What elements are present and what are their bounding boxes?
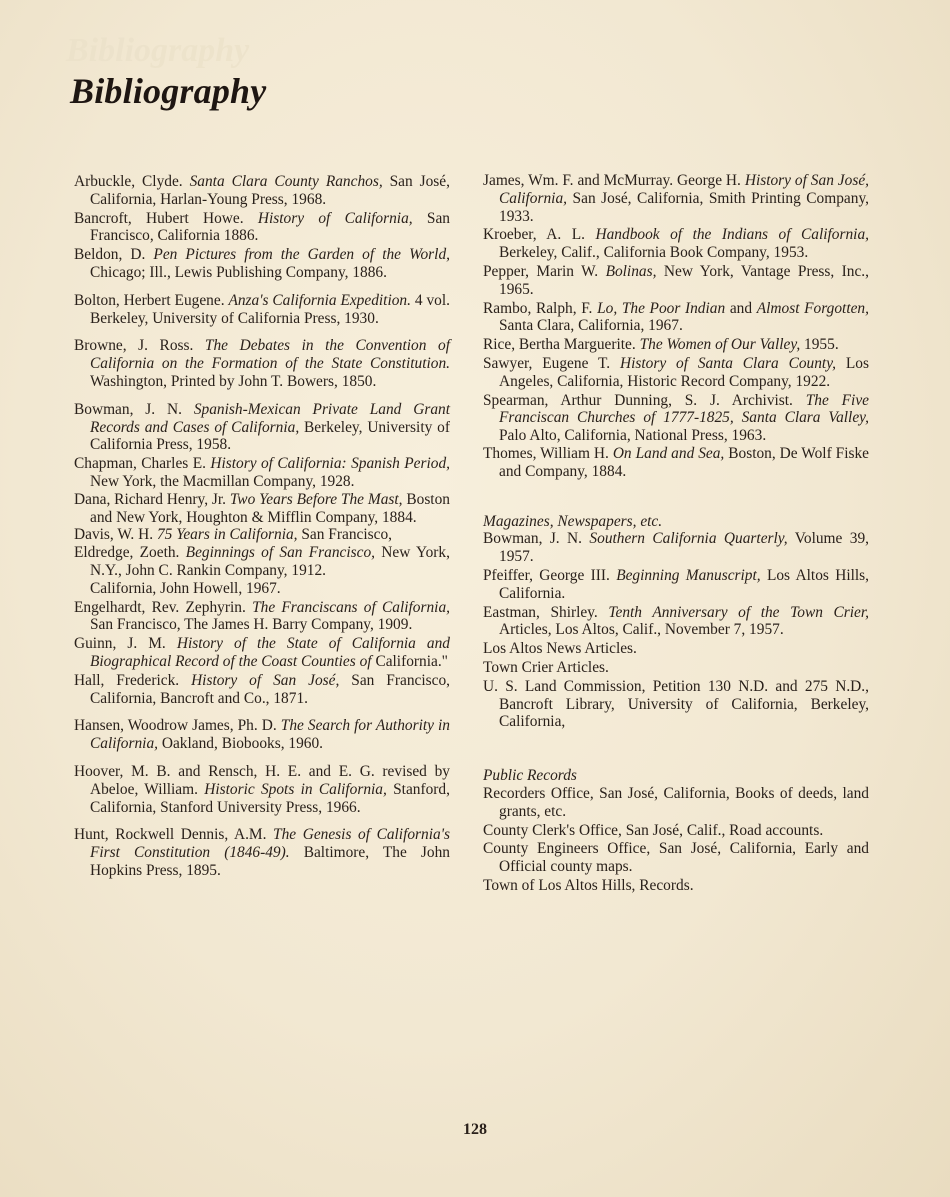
record-entry: County Engineers Office, San José, Calif… bbox=[483, 840, 869, 876]
magazine-entry: Pfeiffer, George III. Beginning Manuscri… bbox=[483, 567, 869, 603]
bib-entry: Rambo, Ralph, F. Lo, The Poor Indian and… bbox=[483, 300, 869, 336]
section-heading-magazines: Magazines, Newspapers, etc. bbox=[483, 513, 869, 531]
magazine-entry: Town Crier Articles. bbox=[483, 659, 869, 677]
left-column: Arbuckle, Clyde. Santa Clara County Ranc… bbox=[74, 173, 450, 880]
record-entry: Recorders Office, San José, California, … bbox=[483, 785, 869, 821]
magazine-entry: U. S. Land Commission, Petition 130 N.D.… bbox=[483, 678, 869, 731]
magazine-entry: Los Altos News Articles. bbox=[483, 640, 869, 658]
page-number: 128 bbox=[0, 1121, 950, 1139]
bib-entry: Dana, Richard Henry, Jr. Two Years Befor… bbox=[74, 491, 450, 527]
bib-entry: Browne, J. Ross. The Debates in the Conv… bbox=[74, 337, 450, 390]
bib-entry: Hoover, M. B. and Rensch, H. E. and E. G… bbox=[74, 763, 450, 816]
bib-entry-fragment: California, John Howell, 1967. bbox=[74, 580, 450, 598]
bib-entry: Guinn, J. M. History of the State of Cal… bbox=[74, 635, 450, 671]
bib-entry: Hansen, Woodrow James, Ph. D. The Search… bbox=[74, 717, 450, 753]
bib-entry: Davis, W. H. 75 Years in California, San… bbox=[74, 526, 450, 544]
magazine-entry: Eastman, Shirley. Tenth Anniversary of t… bbox=[483, 604, 869, 640]
bib-entry: Thomes, William H. On Land and Sea, Bost… bbox=[483, 445, 869, 481]
bib-entry: Engelhardt, Rev. Zephyrin. The Francisca… bbox=[74, 599, 450, 635]
show-through-title: Bibliography bbox=[66, 32, 249, 70]
bib-entry: Spearman, Arthur Dunning, S. J. Archivis… bbox=[483, 392, 869, 445]
bib-entry: Sawyer, Eugene T. History of Santa Clara… bbox=[483, 355, 869, 391]
record-entry: County Clerk's Office, San José, Calif.,… bbox=[483, 822, 869, 840]
bib-entry: Bolton, Herbert Eugene. Anza's Californi… bbox=[74, 292, 450, 328]
bib-entry: Bowman, J. N. Spanish-Mexican Private La… bbox=[74, 401, 450, 454]
bib-entry: Pepper, Marin W. Bolinas, New York, Vant… bbox=[483, 263, 869, 299]
bib-entry: Eldredge, Zoeth. Beginnings of San Franc… bbox=[74, 544, 450, 580]
bib-entry: Bancroft, Hubert Howe. History of Califo… bbox=[74, 210, 450, 246]
section-heading-public-records: Public Records bbox=[483, 767, 869, 785]
bib-entry: Beldon, D. Pen Pictures from the Garden … bbox=[74, 246, 450, 282]
bib-entry: Chapman, Charles E. History of Californi… bbox=[74, 455, 450, 491]
bib-entry: Hunt, Rockwell Dennis, A.M. The Genesis … bbox=[74, 826, 450, 879]
bib-entry: Arbuckle, Clyde. Santa Clara County Ranc… bbox=[74, 173, 450, 209]
magazine-entry: Bowman, J. N. Southern California Quarte… bbox=[483, 530, 869, 566]
right-column: James, Wm. F. and McMurray. George H. Hi… bbox=[483, 172, 869, 895]
bib-entry: James, Wm. F. and McMurray. George H. Hi… bbox=[483, 172, 869, 225]
bib-entry: Hall, Frederick. History of San José, Sa… bbox=[74, 672, 450, 708]
bib-entry: Kroeber, A. L. Handbook of the Indians o… bbox=[483, 226, 869, 262]
page-title: Bibliography bbox=[70, 70, 266, 112]
record-entry: Town of Los Altos Hills, Records. bbox=[483, 877, 869, 895]
bib-entry: Rice, Bertha Marguerite. The Women of Ou… bbox=[483, 336, 869, 354]
